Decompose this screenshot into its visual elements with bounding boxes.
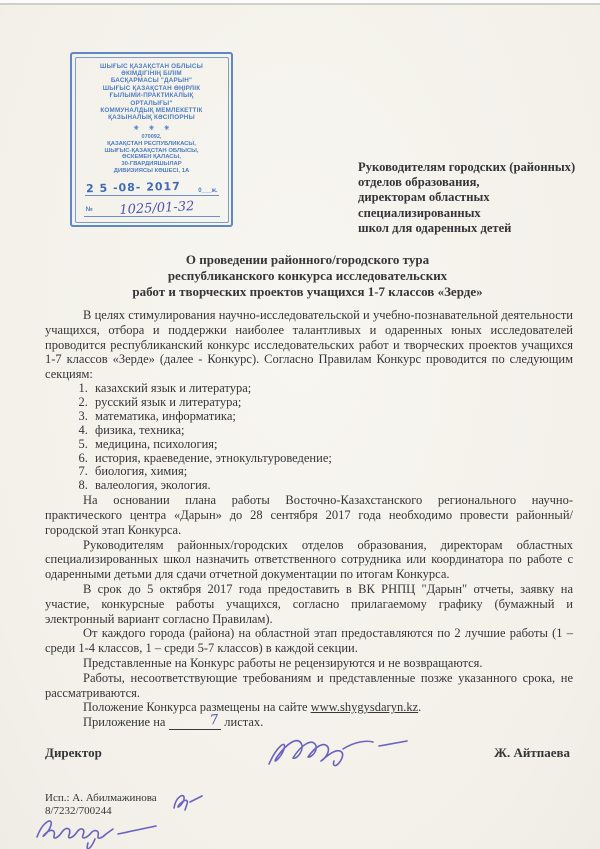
- scanned-letter-page: ШЫҒЫС ҚАЗАҚСТАН ОБЛЫСЫ ӘКІМДІГІНІҢ БІЛІМ…: [0, 0, 600, 849]
- website-text-after: .: [418, 700, 421, 714]
- stamp-separator-stars: ✳ ✳ ✳: [82, 124, 226, 132]
- stamp-number-label: №: [86, 206, 93, 216]
- executor-name: Исп.: А. Абилмажинова: [45, 792, 157, 804]
- stamp-address-line: ӨСКЕМЕН ҚАЛАСЫ,: [78, 154, 226, 161]
- recipient-line: Руководителям городских (районных): [358, 160, 593, 175]
- stamp-address-line: ДИВИЗИЯСЫ КӨШЕСІ, 1А: [78, 168, 226, 175]
- stamp-line: ҒЫЛЫМИ-ПРАКТИКАЛЫҚ: [78, 92, 226, 99]
- signatory-position: Директор: [45, 745, 102, 761]
- stamp-address-line: ҚАЗАҚСТАН РЕСПУБЛИКАСЫ,: [78, 141, 226, 148]
- section-item: физика, техника;: [91, 424, 573, 438]
- received-signature-scribble: [25, 809, 240, 849]
- paragraph-intro: В целях стимулирования научно-исследоват…: [45, 308, 573, 382]
- stamp-line: ҚАЗЫНАЛЫҚ КӘСІПОРНЫ: [78, 114, 226, 121]
- scan-edge-artifact: [0, 0, 600, 5]
- stamp-address-line: 30-ГВАРДИЯШЫЛАР: [78, 161, 226, 168]
- stamp-address-line: 070092,: [78, 134, 226, 141]
- executor-line: Исп.: А. Абилмажинова: [45, 792, 157, 804]
- signatory-name: Ж. Айтпаева: [494, 745, 570, 761]
- letter-body: В целях стимулирования научно-исследоват…: [45, 308, 573, 730]
- stamp-address-line: ШЫҒЫС-ҚАЗАҚСТАН ОБЛЫСЫ,: [78, 148, 226, 155]
- stamp-inner-frame: ШЫҒЫС ҚАЗАҚСТАН ОБЛЫСЫ ӘКІМДІГІНІҢ БІЛІМ…: [75, 57, 229, 223]
- title-line: О проведении районного/городского тура: [55, 252, 560, 268]
- director-signature-handwriting: [257, 726, 425, 778]
- stamp-date-row: 2 5 -08- 2017 0___ж.: [85, 181, 219, 196]
- paragraph-coordinator: Руководителям районных/городских отделов…: [45, 538, 573, 582]
- stamp-date-received: 2 5 -08- 2017: [85, 180, 180, 195]
- sections-list: казахский язык и литература; русский язы…: [45, 382, 573, 493]
- paragraph-deadline: В срок до 5 октября 2017 года предостави…: [45, 582, 573, 626]
- handwritten-sheet-count: 7: [171, 715, 218, 730]
- section-item: биология, химия;: [91, 465, 573, 479]
- stamp-line: ӘКІМДІГІНІҢ БІЛІМ: [78, 70, 226, 77]
- section-item: валеология, экология.: [91, 479, 573, 493]
- website-link: www.shygysdaryn.kz: [311, 700, 419, 714]
- recipient-line: отделов образования,: [358, 175, 593, 190]
- signature-row: Директор Ж. Айтпаева: [45, 738, 570, 786]
- stamp-line: КОММУНАЛДЫҚ МЕМЛЕКЕТТІК: [78, 107, 226, 114]
- paragraph-late-works: Работы, несоответствующие требованиям и …: [45, 671, 573, 701]
- section-item: история, краеведение, этнокультуроведени…: [91, 452, 573, 466]
- document-title: О проведении районного/городского тура р…: [55, 252, 560, 300]
- title-line: республиканского конкурса исследовательс…: [55, 268, 560, 284]
- stamp-line: ОРТАЛЫҒЫ": [78, 100, 226, 107]
- registration-stamp: ШЫҒЫС ҚАЗАҚСТАН ОБЛЫСЫ ӘКІМДІГІНІҢ БІЛІМ…: [70, 52, 233, 227]
- paragraph-quota: От каждого города (района) на областной …: [45, 626, 573, 656]
- paragraph-website: Положение Конкурса размещены на сайте ww…: [45, 700, 573, 715]
- recipient-line: директорам областных: [358, 190, 593, 205]
- paragraph-basis: На основании плана работы Восточно-Казах…: [45, 493, 573, 537]
- section-item: русский язык и литература;: [91, 396, 573, 410]
- recipient-line: школ для одаренных детей: [358, 221, 593, 236]
- recipient-line: специализированных: [358, 206, 593, 221]
- stamp-line: БАСҚАРМАСЫ "ДАРЫН": [78, 77, 226, 84]
- title-line: работ и творческих проектов учащихся 1-7…: [55, 284, 560, 300]
- section-item: казахский язык и литература;: [91, 382, 573, 396]
- stamp-number-row: № 1025/01-32: [84, 201, 220, 217]
- stamp-date-print-suffix: 0___ж.: [196, 188, 217, 194]
- executor-block: Исп.: А. Абилмажинова 8/7232/700244: [45, 792, 157, 817]
- paragraph-no-review: Представленные на Конкурс работы не реце…: [45, 656, 573, 671]
- stamp-line: ШЫҒЫС ҚАЗАҚСТАН ОБЛЫСЫ: [78, 63, 226, 70]
- handwritten-sheet-count-underline: 7: [169, 715, 222, 730]
- website-text-before: Положение Конкурса размещены на сайте: [83, 700, 311, 714]
- stamp-registration-number: 1025/01-32: [95, 198, 217, 219]
- recipient-block: Руководителям городских (районных) отдел…: [358, 160, 593, 236]
- stamp-line: ШЫҒЫС ҚАЗАҚСТАН ӨҢІРЛІК: [78, 85, 226, 92]
- section-item: медицина, психология;: [91, 438, 573, 452]
- appendix-text-before: Приложение на: [83, 715, 169, 729]
- section-item: математика, информатика;: [91, 410, 573, 424]
